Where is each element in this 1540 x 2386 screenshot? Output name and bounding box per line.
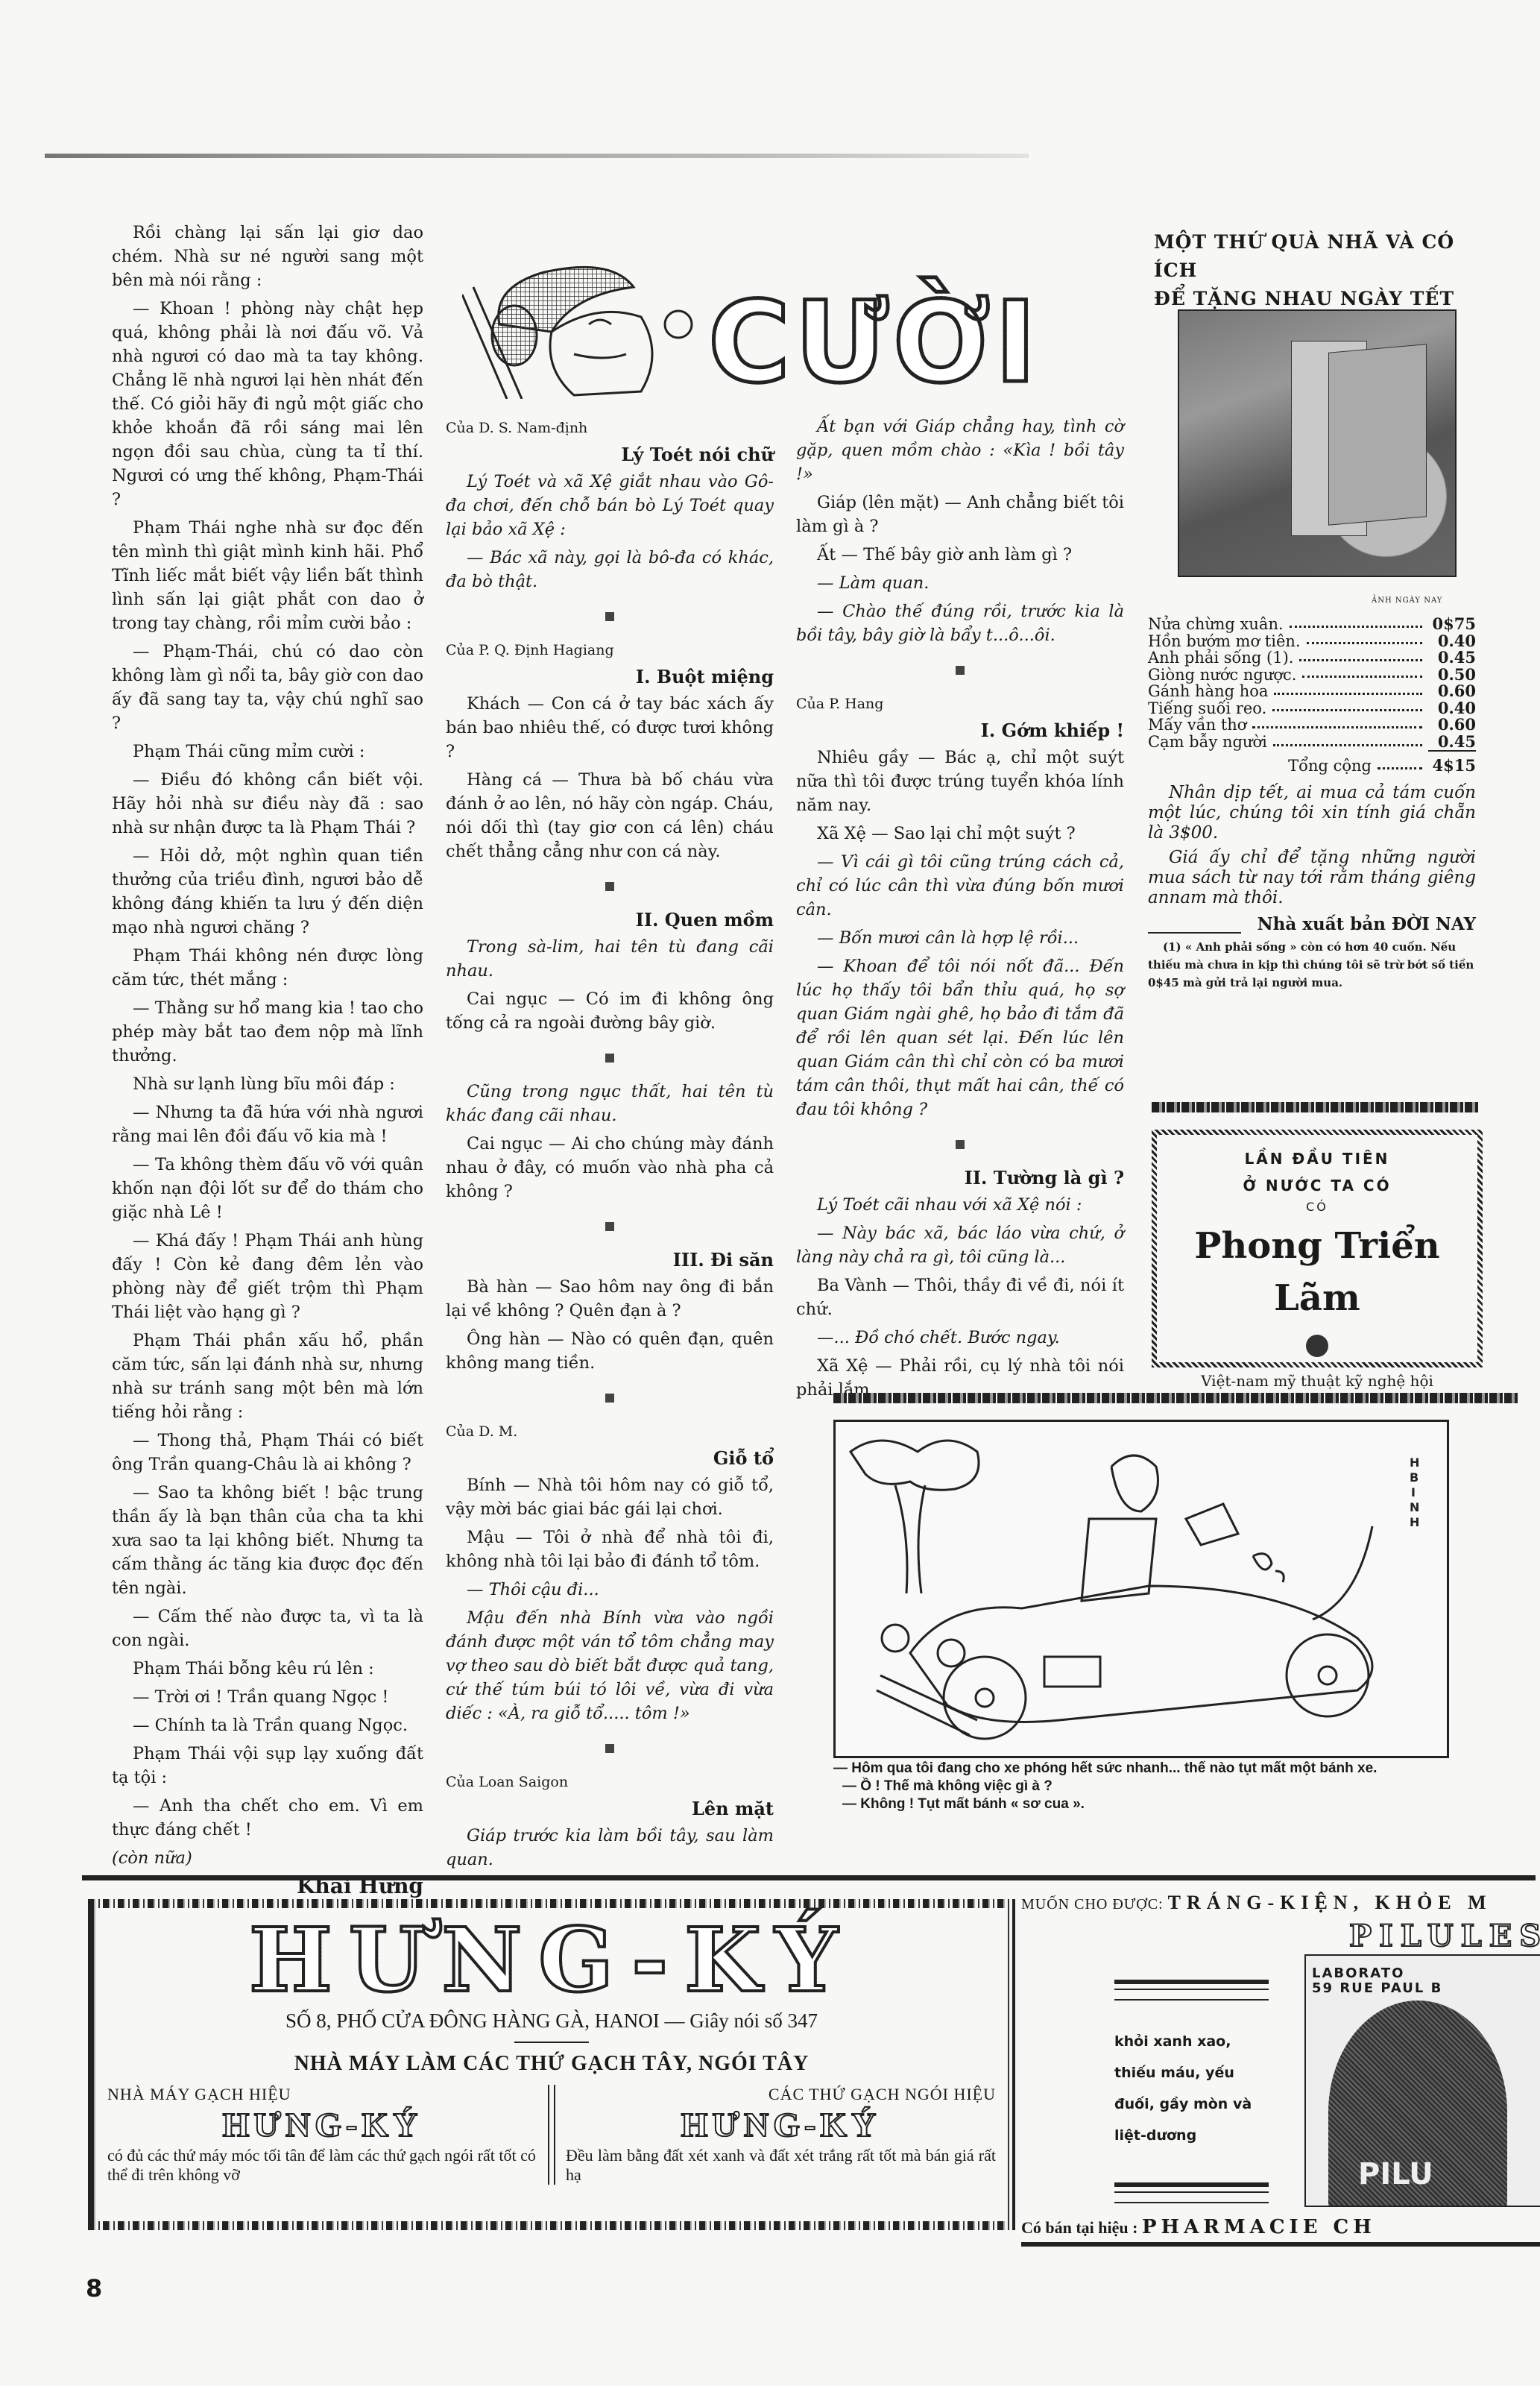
separator-icon	[446, 874, 774, 898]
rule-lines	[1114, 2182, 1269, 2203]
hungky-right-heading: CÁC THỨ GẠCH NGÓI HIỆU	[566, 2085, 996, 2104]
exhibition-line-2: Ở NƯỚC TA CÓ	[1157, 1172, 1477, 1199]
joke-line: — Bác xã này, gọi là bô-đa có khác, đa b…	[446, 546, 774, 594]
joke-line: Mậu — Tôi ở nhà để nhà tôi đi, không nhà…	[446, 1526, 774, 1573]
joke-line: Hàng cá — Thưa bà bố cháu vừa đánh ở ao …	[446, 768, 774, 863]
serial-paragraph: — Trời ơi ! Trần quang Ngọc !	[112, 1685, 423, 1709]
section-divider	[1021, 2242, 1540, 2247]
continued-note: (còn nữa)	[112, 1846, 423, 1870]
joke-title: Giỗ tổ	[446, 1447, 774, 1470]
joke-line: Ba Vành — Thôi, thầy đi về đi, nói ít ch…	[796, 1274, 1124, 1321]
pills-package: LABORATO59 RUE PAUL B PILU	[1304, 1954, 1540, 2207]
pills-claim: khỏi xanh xao, thiếu máu, yếu đuối, gầy …	[1114, 2026, 1275, 2151]
pills-lead-bold: TRÁNG-KIỆN, KHỎE M	[1168, 1892, 1492, 1913]
joke-line: — Bốn mươi cân là hợp lệ rồi...	[796, 926, 1124, 950]
offer-text: Giá ấy chỉ để tặng những người mua sách …	[1148, 848, 1476, 908]
joke-line: Ất bạn với Giáp chẳng hay, tình cờ gặp, …	[796, 415, 1124, 486]
exhibition-line-3: CÓ	[1157, 1199, 1477, 1215]
book-price: 0.60	[1428, 683, 1476, 700]
joke-line: Trong sà-lim, hai tên tù đang cãi nhau.	[446, 935, 774, 983]
serial-paragraph: — Điều đó không cần biết vội. Hãy hỏi nh…	[112, 768, 423, 840]
joke-line: — Khoan để tôi nói nốt đã... Đến lúc họ …	[796, 954, 1124, 1121]
book-price: 0.40	[1428, 700, 1476, 717]
svg-text:H: H	[1410, 1515, 1419, 1529]
serial-paragraph: Phạm Thái bỗng kêu rú lên :	[112, 1657, 423, 1681]
hungky-address: SỐ 8, PHỐ CỬA ĐÔNG HÀNG GÀ, HANOI — Giây…	[97, 2009, 1006, 2033]
book-title: Tiếng suối reo.	[1148, 700, 1266, 717]
masthead-title: CƯỜI	[708, 287, 1041, 399]
caption-line: — Ồ ! Thế mà không việc gì à ?	[833, 1778, 1452, 1795]
joke-title: I. Buột miệng	[446, 665, 774, 689]
book-price: 0.50	[1428, 667, 1476, 684]
joke-title: Lên mặt	[446, 1797, 774, 1821]
serial-paragraph: — Cấm thế nào được ta, vì ta là con ngài…	[112, 1605, 423, 1652]
joke-line: Giáp trước kia làm bồi tây, sau làm quan…	[446, 1824, 774, 1872]
price-row: Gánh hàng hoa0.60	[1148, 683, 1476, 700]
publisher-name: Nhà xuất bản ĐỜI NAY	[1148, 914, 1476, 934]
joke-line: — Làm quan.	[796, 571, 1124, 595]
price-row: Anh phải sống (1).0.45	[1148, 649, 1476, 667]
svg-text:N: N	[1410, 1500, 1419, 1514]
svg-text:B: B	[1410, 1470, 1418, 1485]
joke-title: Lý Toét nói chữ	[446, 443, 774, 467]
pills-product-name: PILULES	[1349, 1918, 1540, 1954]
joke-line: Bính — Nhà tôi hôm nay có giỗ tổ, vậy mờ…	[446, 1473, 774, 1521]
joke-line: Lý Toét và xã Xệ giắt nhau vào Gô-đa chơ…	[446, 470, 774, 541]
hungky-brand: HƯNG-KÝ	[97, 1916, 1006, 2005]
joke-credit: Của P. Hang	[796, 692, 1124, 716]
separator-icon	[446, 1736, 774, 1760]
gift-ad-header: MỘT THỨ QUÀ NHÃ VÀ CÓ ÍCH ĐỂ TẶNG NHAU N…	[1154, 228, 1489, 313]
pills-lead: MUỐN CHO ĐƯỢC: TRÁNG-KIỆN, KHỎE M	[1021, 1892, 1540, 1914]
serial-paragraph: Phạm Thái không nén được lòng căm tức, t…	[112, 944, 423, 992]
joke-credit: Của D. M.	[446, 1420, 774, 1444]
book-title: Anh phải sống (1).	[1148, 649, 1293, 667]
hungky-left-text: có đủ các thứ máy móc tối tân để làm các…	[107, 2146, 537, 2185]
serial-paragraph: — Nhưng ta đã hứa với nhà ngươi rằng mai…	[112, 1101, 423, 1148]
serial-paragraph: Phạm Thái vội sụp lạy xuống đất tạ tội :	[112, 1742, 423, 1789]
cartoon-face-icon	[462, 242, 701, 399]
rule-lines	[1114, 1980, 1269, 2001]
serial-paragraph: — Sao ta không biết ! bậc trung thần ấy …	[112, 1481, 423, 1600]
book-price: 0.45	[1428, 649, 1476, 667]
gift-offer: Nhân dịp tết, ai mua cả tám cuốn một lúc…	[1148, 783, 1476, 939]
joke-title: II. Quen mồm	[446, 908, 774, 932]
book-image	[1328, 344, 1427, 526]
serial-paragraph: — Ta không thèm đấu võ với quân khốn nạn…	[112, 1153, 423, 1224]
book-title: Giòng nước ngược.	[1148, 667, 1296, 684]
serial-paragraph: — Thong thả, Phạm Thái có biết ông Trần …	[112, 1429, 423, 1476]
total-label: Tổng cộng	[1148, 758, 1372, 775]
pills-sold-at: Có bán tại hiệu : PHARMACIE CH	[1021, 2216, 1376, 2238]
hungky-factory: NHÀ MÁY LÀM CÁC THỨ GẠCH TÂY, NGÓI TÂY	[97, 2052, 1006, 2076]
book-title: Gánh hàng hoa	[1148, 683, 1268, 700]
serial-paragraph: — Anh tha chết cho em. Vì em thực đáng c…	[112, 1794, 423, 1842]
joke-line: — Chào thế đúng rồi, trước kia là bồi tâ…	[796, 599, 1124, 647]
serial-paragraph: Phạm Thái nghe nhà sư đọc đến tên mình t…	[112, 516, 423, 635]
joke-title: II. Tường là gì ?	[796, 1166, 1124, 1190]
serial-paragraph: Rồi chàng lại sấn lại giơ dao chém. Nhà …	[112, 221, 423, 292]
joke-line: Cai ngục — Có im đi không ông tống cả ra…	[446, 987, 774, 1035]
masthead: CƯỜI	[462, 242, 1140, 399]
price-row: Tiếng suối reo.0.40	[1148, 700, 1476, 717]
cartoon-caption: — Hôm qua tôi đang cho xe phóng hết sức …	[833, 1760, 1452, 1813]
serial-paragraph: Phạm Thái cũng mỉm cười :	[112, 740, 423, 764]
joke-credit: Của D. S. Nam-định	[446, 416, 774, 440]
exhibition-line-1: LẦN ĐẦU TIÊN	[1157, 1145, 1477, 1172]
price-row: Giòng nước ngược.0.50	[1148, 667, 1476, 684]
hungky-right-brand: HƯNG-KÝ	[566, 2104, 996, 2146]
exhibition-ad: LẦN ĐẦU TIÊN Ở NƯỚC TA CÓ CÓ Phong Triển…	[1152, 1130, 1483, 1367]
joke-credit: Của Loan Saigon	[446, 1770, 774, 1794]
joke-line: Giáp (lên mặt) — Anh chẳng biết tôi làm …	[796, 491, 1124, 538]
caption-line: — Không ! Tụt mất bánh « sơ cua ».	[833, 1795, 1452, 1813]
joke-line: Khách — Con cá ở tay bác xách ấy bán bao…	[446, 692, 774, 764]
sold-label: Có bán tại hiệu :	[1021, 2218, 1137, 2237]
lab-name: LABORATO	[1312, 1966, 1540, 1981]
book-title: Cạm bẫy người	[1148, 734, 1267, 752]
caption-line: — Hôm qua tôi đang cho xe phóng hết sức …	[833, 1760, 1452, 1778]
bullet-icon	[1306, 1335, 1328, 1357]
jokes-column-3: Ất bạn với Giáp chẳng hay, tình cờ gặp, …	[796, 415, 1124, 1406]
book-price: 0$75	[1428, 616, 1476, 633]
book-price: 0.45	[1428, 734, 1476, 752]
book-title: Mấy vần thơ	[1148, 717, 1246, 734]
hungky-left-column: NHÀ MÁY GẠCH HIỆU HƯNG-KÝ có đủ các thứ …	[97, 2085, 548, 2185]
joke-line: Bà hàn — Sao hôm nay ông đi bắn lại về k…	[446, 1275, 774, 1323]
book-price-list: Nửa chừng xuân.0$75 Hồn bướm mơ tiên.0.4…	[1148, 616, 1476, 775]
footnote-text: (1) « Anh phải sống » còn có hơn 40 cuốn…	[1148, 938, 1476, 992]
separator-icon	[446, 1385, 774, 1409]
top-rule	[45, 154, 1029, 158]
book-price: 0.60	[1428, 717, 1476, 734]
joke-line: —... Đồ chó chết. Bước ngay.	[796, 1326, 1124, 1350]
photo-credit: ẢNH NGÀY NAY	[1372, 596, 1442, 605]
hungky-right-text: Đều làm bằng đất xét xanh và đất xét trắ…	[566, 2146, 996, 2185]
joke-line: — Này bác xã, bác láo vừa chứ, ở làng nà…	[796, 1221, 1124, 1269]
joke-line: — Vì cái gì tôi cũng trúng cách cả, chỉ …	[796, 850, 1124, 922]
column-divider	[548, 2085, 555, 2185]
car-cartoon-illustration: H B I N H	[836, 1422, 1447, 1756]
price-total-row: Tổng cộng4$15	[1148, 758, 1476, 775]
serial-paragraph: — Chính ta là Trần quang Ngọc.	[112, 1713, 423, 1737]
serial-paragraph: Phạm Thái phần xấu hổ, phần căm tức, sấn…	[112, 1329, 423, 1424]
artist-signature: H	[1410, 1455, 1419, 1470]
serial-paragraph: — Khá đấy ! Phạm Thái anh hùng đấy ! Còn…	[112, 1229, 423, 1324]
jokes-column-2: Của D. S. Nam-định Lý Toét nói chữ Lý To…	[446, 416, 774, 1876]
joke-line: Cũng trong ngục thất, hai tên tù khác đa…	[446, 1080, 774, 1127]
serial-paragraph: — Khoan ! phòng này chật hẹp quá, không …	[112, 297, 423, 511]
joke-title: I. Gớm khiếp !	[796, 719, 1124, 743]
separator-icon	[446, 604, 774, 628]
serial-paragraph: — Hỏi dở, một nghìn quan tiền thưởng của…	[112, 844, 423, 939]
exhibition-subtitle: Việt-nam mỹ thuật kỹ nghệ hội	[1157, 1372, 1477, 1390]
pharmacy-name: PHARMACIE CH	[1142, 2216, 1376, 2238]
price-row: Cạm bẫy người0.45	[1148, 734, 1476, 752]
joke-line: — Thôi cậu đi...	[446, 1578, 774, 1602]
book-title: Hồn bướm mơ tiên.	[1148, 633, 1301, 650]
hungky-left-brand: HƯNG-KÝ	[107, 2104, 537, 2146]
pills-ad: MUỐN CHO ĐƯỢC: TRÁNG-KIỆN, KHỎE M PILULE…	[1021, 1892, 1540, 2264]
decorative-border	[1152, 1102, 1480, 1112]
gift-footnote: (1) « Anh phải sống » còn có hơn 40 cuốn…	[1148, 932, 1476, 992]
joke-line: Cai ngục — Ai cho chúng mày đánh nhau ở …	[446, 1132, 774, 1203]
joke-title: III. Đi săn	[446, 1248, 774, 1272]
separator-icon	[796, 658, 1124, 682]
separator-icon	[796, 1132, 1124, 1156]
serial-story: Rồi chàng lại sấn lại giơ dao chém. Nhà …	[112, 221, 423, 1903]
joke-line: Xã Xệ — Sao lại chỉ một suýt ?	[796, 822, 1124, 846]
hungky-left-heading: NHÀ MÁY GẠCH HIỆU	[107, 2085, 537, 2104]
car-cartoon: H B I N H	[833, 1420, 1449, 1758]
joke-line: Lý Toét cãi nhau với xã Xệ nói :	[796, 1193, 1124, 1217]
serial-paragraph: Nhà sư lạnh lùng bĩu môi đáp :	[112, 1072, 423, 1096]
book-title: Nửa chừng xuân.	[1148, 616, 1284, 633]
total-value: 4$15	[1428, 758, 1476, 775]
pills-lead-text: MUỐN CHO ĐƯỢC:	[1021, 1896, 1164, 1913]
price-row: Mấy vần thơ0.60	[1148, 717, 1476, 734]
joke-line: Ất — Thế bây giờ anh làm gì ?	[796, 543, 1124, 567]
serial-paragraph: — Thằng sư hổ mang kia ! tao cho phép mà…	[112, 996, 423, 1068]
ornament-divider	[514, 2042, 589, 2043]
hungky-ad: HƯNG-KÝ SỐ 8, PHỐ CỬA ĐÔNG HÀNG GÀ, HANO…	[88, 1899, 1015, 2230]
decorative-border	[833, 1393, 1519, 1403]
hungky-right-column: CÁC THỨ GẠCH NGÓI HIỆU HƯNG-KÝ Đều làm b…	[555, 2085, 1006, 2185]
lab-address: 59 RUE PAUL B	[1312, 1981, 1540, 1996]
page-number: 8	[86, 2274, 102, 2302]
serial-paragraph: — Phạm-Thái, chú có dao còn không làm gì…	[112, 640, 423, 735]
price-row: Hồn bướm mơ tiên.0.40	[1148, 633, 1476, 650]
books-photo	[1178, 309, 1457, 577]
offer-text: Nhân dịp tết, ai mua cả tám cuốn một lúc…	[1148, 783, 1476, 843]
joke-line: Mậu đến nhà Bính vừa vào ngồi đánh được …	[446, 1606, 774, 1725]
package-label: PILU	[1358, 2157, 1433, 2191]
exhibition-title: Phong Triển Lãm	[1157, 1220, 1477, 1324]
price-row: Nửa chừng xuân.0$75	[1148, 616, 1476, 633]
section-divider	[82, 1875, 1536, 1880]
separator-icon	[446, 1214, 774, 1238]
joke-credit: Của P. Q. Định Hagiang	[446, 638, 774, 662]
joke-line: Ông hàn — Nào có quên đạn, quên không ma…	[446, 1327, 774, 1375]
book-price: 0.40	[1428, 633, 1476, 650]
svg-text:I: I	[1411, 1485, 1416, 1499]
joke-line: Nhiêu gầy — Bác ạ, chỉ một suýt nữa thì …	[796, 746, 1124, 817]
gift-headline-1: MỘT THỨ QUÀ NHÃ VÀ CÓ ÍCH	[1154, 228, 1489, 285]
separator-icon	[446, 1045, 774, 1069]
